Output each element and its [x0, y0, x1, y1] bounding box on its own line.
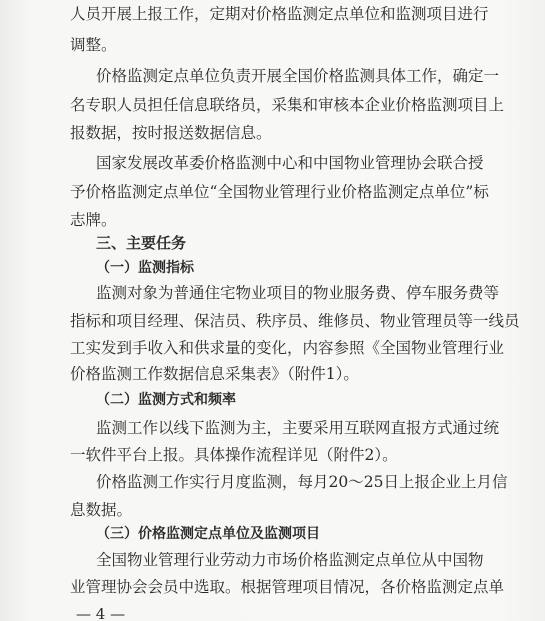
body-line: 工实发到手收入和供求量的变化，内容参照《全国物业管理行业: [70, 338, 465, 358]
body-line: 指标和项目经理、保洁员、秩序员、维修员、物业管理员等一线员: [70, 311, 465, 331]
body-line: 一软件平台上报。具体操作流程详见（附件2）。: [70, 445, 465, 465]
page-number: — 4 —: [76, 604, 125, 621]
paragraph-start: 全国物业管理行业劳动力市场价格监测定点单位从中国物: [96, 550, 465, 570]
paragraph-start: 国家发展改革委价格监测中心和中国物业管理协会联合授: [96, 153, 465, 173]
body-line: 息数据。: [70, 500, 465, 520]
body-line: 业管理协会会员中选取。根据管理项目情况，各价格监测定点单: [70, 577, 465, 597]
section-heading: 三、主要任务: [96, 233, 465, 253]
body-line: 名专职人员担任信息联络员，采集和审核本企业价格监测项目上: [70, 95, 465, 115]
body-line: 调整。: [70, 35, 465, 55]
body-line: 价格监测工作数据信息采集表》（附件1）。: [70, 364, 465, 384]
body-line: 报数据，按时报送数据信息。: [70, 123, 465, 143]
paragraph-start: 监测工作以线下监测为主，主要采用互联网直报方式通过统: [96, 418, 465, 438]
subsection-heading: （二）监测方式和频率: [96, 390, 465, 410]
subsection-heading: （三）价格监测定点单位及监测项目: [96, 524, 465, 544]
body-line: 予价格监测定点单位“全国物业管理行业价格监测定点单位”标: [70, 182, 465, 202]
paragraph-start: 价格监测工作实行月度监测，每月20～25日上报企业上月信: [96, 472, 465, 492]
body-line: 人员开展上报工作，定期对价格监测定点单位和监测项目进行: [70, 4, 465, 24]
paragraph-start: 价格监测定点单位负责开展全国价格监测具体工作，确定一: [96, 66, 465, 86]
document-page: 人员开展上报工作，定期对价格监测定点单位和监测项目进行 调整。 价格监测定点单位…: [0, 0, 545, 621]
paragraph-start: 监测对象为普通住宅物业项目的物业服务费、停车服务费等: [96, 283, 465, 303]
subsection-heading: （一）监测指标: [96, 258, 465, 278]
body-line: 志牌。: [70, 210, 465, 230]
